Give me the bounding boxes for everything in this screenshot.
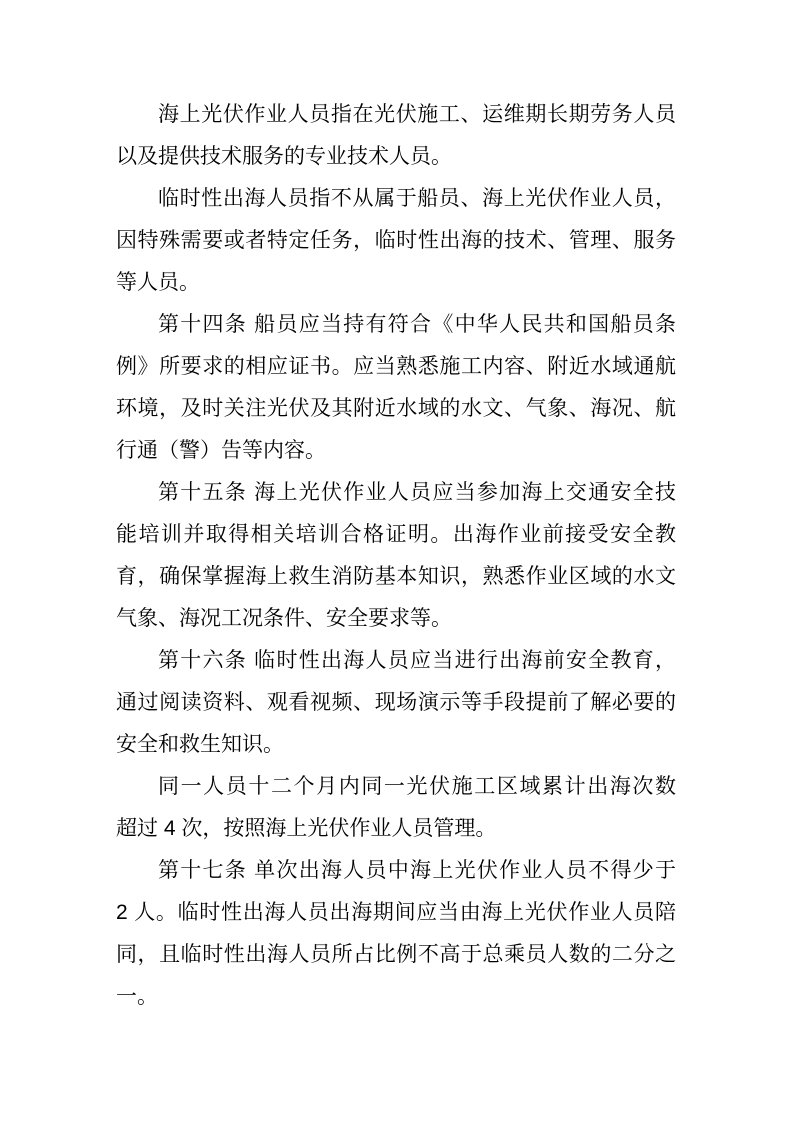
paragraph: 第十五条 海上光伏作业人员应当参加海上交通安全技能培训并取得相关培训合格证明。出… — [116, 472, 676, 640]
text-line: 通过阅读资料、观看视频、现场演示等手段提前了解必要的 — [116, 682, 676, 724]
text-line: 第十六条 临时性出海人员应当进行出海前安全教育， — [116, 640, 676, 682]
paragraph: 第十四条 船员应当持有符合《中华人民共和国船员条例》所要求的相应证书。应当熟悉施… — [116, 304, 676, 472]
document-body: 海上光伏作业人员指在光伏施工、运维期长期劳务人员以及提供技术服务的专业技术人员。… — [116, 94, 676, 1018]
text-line: 超过 4 次，按照海上光伏作业人员管理。 — [116, 808, 676, 850]
text-line: 一。 — [116, 976, 676, 1018]
text-line: 能培训并取得相关培训合格证明。出海作业前接受安全教 — [116, 514, 676, 556]
text-line: 临时性出海人员指不从属于船员、海上光伏作业人员， — [116, 178, 676, 220]
text-line: 以及提供技术服务的专业技术人员。 — [116, 136, 676, 178]
paragraph: 第十七条 单次出海人员中海上光伏作业人员不得少于2 人。临时性出海人员出海期间应… — [116, 850, 676, 1018]
paragraph: 同一人员十二个月内同一光伏施工区域累计出海次数超过 4 次，按照海上光伏作业人员… — [116, 766, 676, 850]
paragraph: 临时性出海人员指不从属于船员、海上光伏作业人员，因特殊需要或者特定任务，临时性出… — [116, 178, 676, 304]
text-line: 安全和救生知识。 — [116, 724, 676, 766]
paragraph: 第十六条 临时性出海人员应当进行出海前安全教育，通过阅读资料、观看视频、现场演示… — [116, 640, 676, 766]
paragraph: 海上光伏作业人员指在光伏施工、运维期长期劳务人员以及提供技术服务的专业技术人员。 — [116, 94, 676, 178]
text-line: 第十四条 船员应当持有符合《中华人民共和国船员条 — [116, 304, 676, 346]
text-line: 因特殊需要或者特定任务，临时性出海的技术、管理、服务 — [116, 220, 676, 262]
text-line: 气象、海况工况条件、安全要求等。 — [116, 598, 676, 640]
text-line: 育，确保掌握海上救生消防基本知识，熟悉作业区域的水文 — [116, 556, 676, 598]
text-line: 海上光伏作业人员指在光伏施工、运维期长期劳务人员 — [116, 94, 676, 136]
text-line: 2 人。临时性出海人员出海期间应当由海上光伏作业人员陪 — [116, 892, 676, 934]
text-line: 同，且临时性出海人员所占比例不高于总乘员人数的二分之 — [116, 934, 676, 976]
text-line: 例》所要求的相应证书。应当熟悉施工内容、附近水域通航 — [116, 346, 676, 388]
text-line: 等人员。 — [116, 262, 676, 304]
document-page: 海上光伏作业人员指在光伏施工、运维期长期劳务人员以及提供技术服务的专业技术人员。… — [0, 0, 793, 1122]
text-line: 第十七条 单次出海人员中海上光伏作业人员不得少于 — [116, 850, 676, 892]
text-line: 环境，及时关注光伏及其附近水域的水文、气象、海况、航 — [116, 388, 676, 430]
text-line: 行通（警）告等内容。 — [116, 430, 676, 472]
text-line: 同一人员十二个月内同一光伏施工区域累计出海次数 — [116, 766, 676, 808]
text-line: 第十五条 海上光伏作业人员应当参加海上交通安全技 — [116, 472, 676, 514]
